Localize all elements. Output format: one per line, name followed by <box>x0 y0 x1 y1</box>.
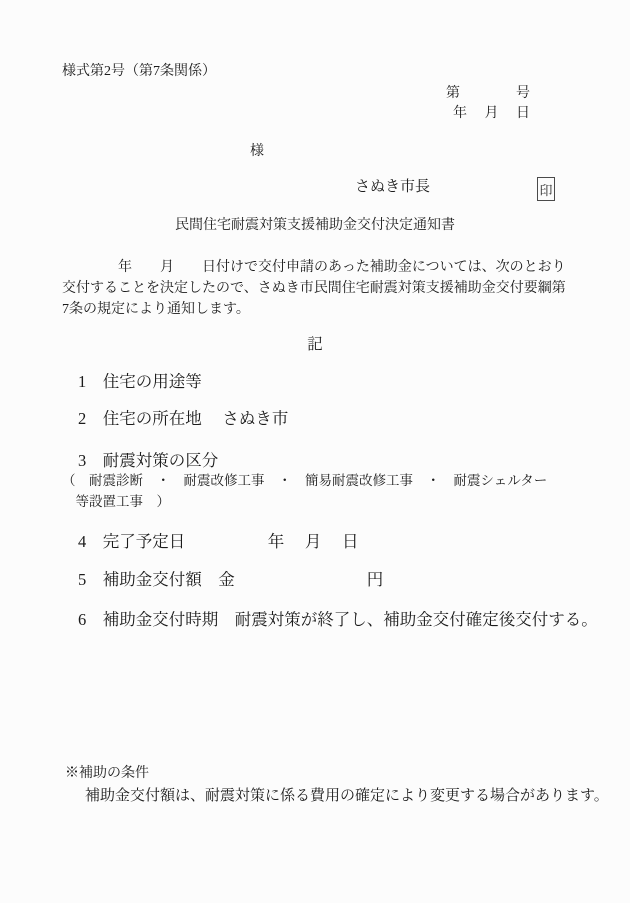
item-6-grant-timing: 6 補助金交付時期 耐震対策が終了し、補助金交付確定後交付する。 <box>78 608 598 632</box>
item-5-grant-amount: 5 補助金交付額 金 円 <box>78 568 383 592</box>
document-page: 様式第2号（第7条関係） 第 号 年 月 日 様 さぬき市長 印 民間住宅耐震対… <box>0 0 630 903</box>
addressee-suffix: 様 <box>250 142 264 162</box>
item-2-housing-location: 2 住宅の所在地 さぬき市 <box>78 407 288 431</box>
body-paragraph: 年 月 日付けで交付申請のあった補助金については、次のとおり交付することを決定し… <box>62 257 568 320</box>
form-number: 様式第2号（第7条関係） <box>62 62 216 82</box>
item-3-category-options: （ 耐震診断 ・ 耐震改修工事 ・ 簡易耐震改修工事 ・ 耐震シェルター 等設置… <box>62 470 582 512</box>
seal-label: 印 <box>539 180 552 199</box>
list-heading-ki: 記 <box>0 334 630 356</box>
issuer-name: さぬき市長 <box>355 177 430 199</box>
issue-date-line: 年 月 日 <box>453 104 530 124</box>
doc-number-line: 第 号 <box>446 84 530 104</box>
note-text: 補助金交付額は、耐震対策に係る費用の確定により変更する場合があります。 <box>85 786 609 808</box>
document-title: 民間住宅耐震対策支援補助金交付決定通知書 <box>0 216 630 236</box>
note-heading: ※補助の条件 <box>65 764 149 784</box>
item-1-housing-use: 1 住宅の用途等 <box>78 370 202 394</box>
item-4-completion-date: 4 完了予定日 年 月 日 <box>78 530 359 554</box>
seal-stamp: 印 <box>537 177 555 201</box>
